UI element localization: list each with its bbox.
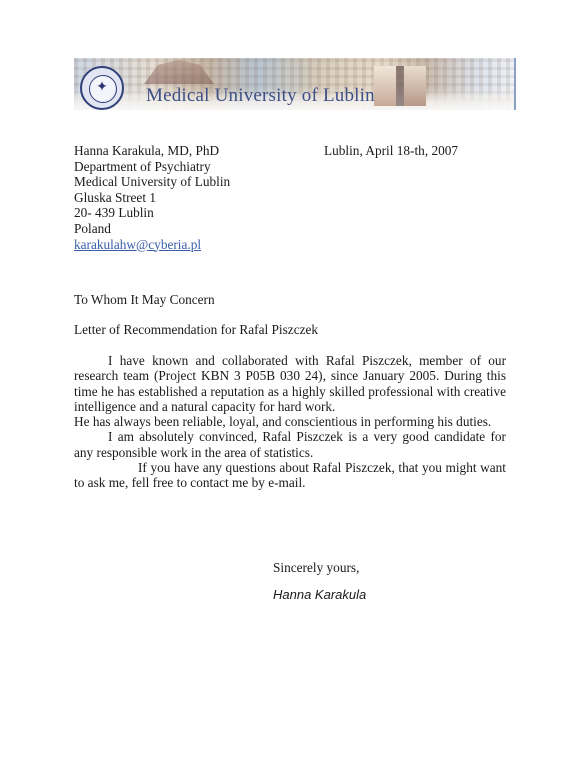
closing-phrase: Sincerely yours, — [273, 560, 359, 576]
eagle-emblem-icon: ✦ — [82, 78, 122, 96]
letter-subject: Letter of Recommendation for Rafal Piszc… — [74, 322, 318, 338]
letter-date: Lublin, April 18-th, 2007 — [324, 143, 458, 159]
body-paragraph: He has always been reliable, loyal, and … — [74, 414, 506, 429]
salutation: To Whom It May Concern — [74, 292, 215, 308]
letter-body: I have known and collaborated with Rafal… — [74, 353, 506, 491]
sender-name: Hanna Karakula, MD, PhD — [74, 143, 230, 159]
letterhead-title: Medical University of Lublin — [146, 85, 375, 107]
building-tower-graphic — [374, 66, 396, 106]
sender-institution: Medical University of Lublin — [74, 174, 230, 190]
body-paragraph: If you have any questions about Rafal Pi… — [74, 460, 506, 491]
sender-country: Poland — [74, 221, 230, 237]
sender-street: Gluska Street 1 — [74, 190, 230, 206]
signature: Hanna Karakula — [273, 587, 366, 602]
building-gap-graphic — [396, 66, 404, 106]
letterhead-banner: ✦ Medical University of Lublin — [74, 58, 516, 110]
body-paragraph: I have known and collaborated with Rafal… — [74, 353, 506, 414]
building-roof-graphic — [144, 60, 214, 84]
university-seal-icon: ✦ — [80, 66, 124, 110]
body-paragraph: I am absolutely convinced, Rafal Piszcze… — [74, 429, 506, 460]
sender-address-block: Hanna Karakula, MD, PhD Department of Ps… — [74, 143, 230, 252]
sender-department: Department of Psychiatry — [74, 159, 230, 175]
building-tower-graphic — [404, 66, 426, 106]
sender-email-link[interactable]: karakulahw@cyberia.pl — [74, 237, 201, 252]
sender-postal-city: 20- 439 Lublin — [74, 205, 230, 221]
